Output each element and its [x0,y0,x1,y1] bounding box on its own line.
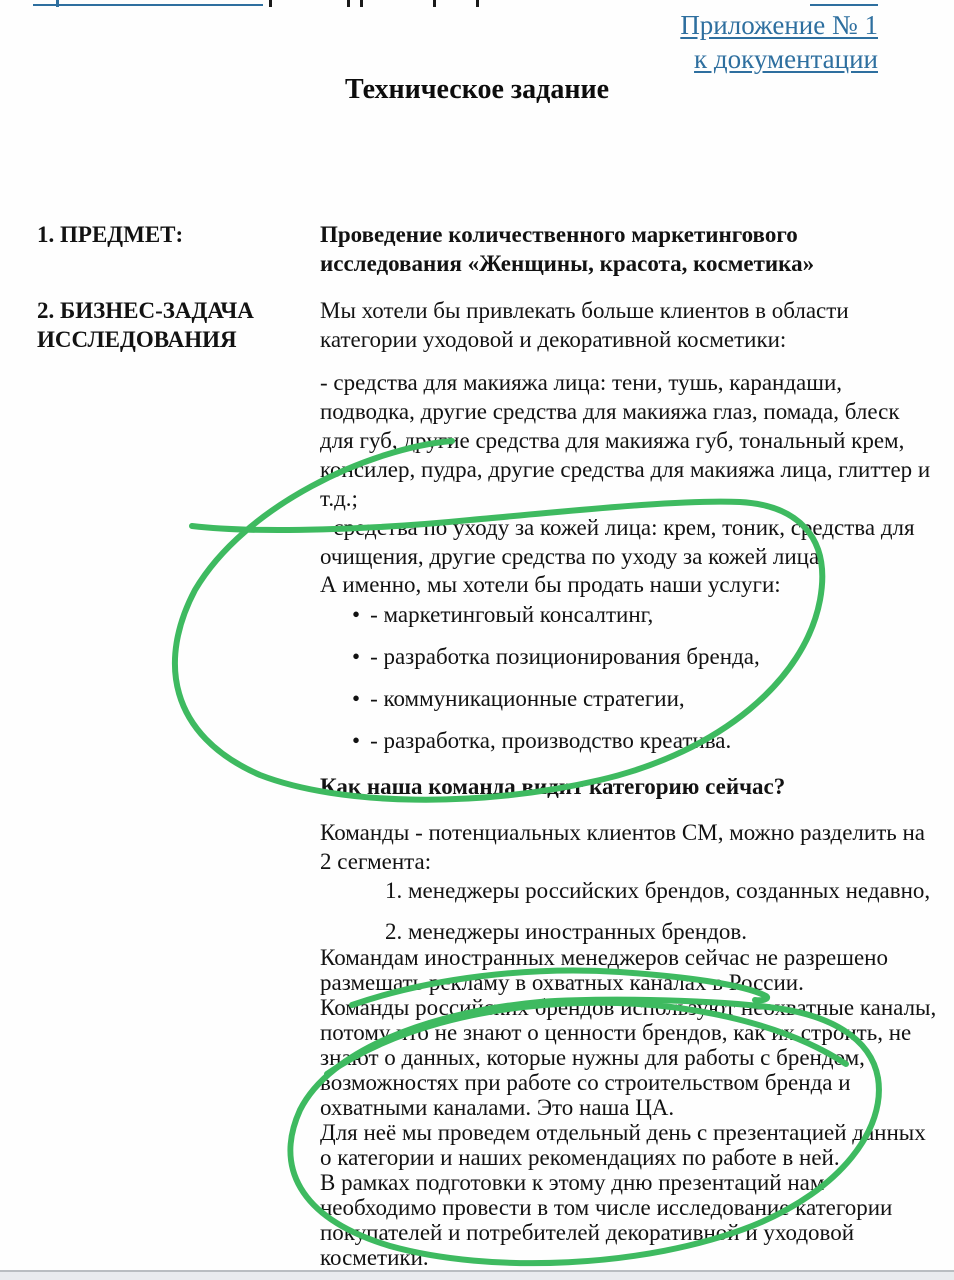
text-line: ИССЛЕДОВАНИЯ [37,325,307,354]
section1-body: Проведение количественного маркетинговог… [320,220,895,278]
list-item: 1. менеджеры российских брендов, созданн… [385,876,905,905]
text-line: для губ, другие средства для макияжа губ… [320,426,895,455]
text-line: подводка, другие средства для макияжа гл… [320,397,895,426]
text-line: Команды российских брендов используют не… [320,995,895,1020]
bullet-icon: • [352,642,360,671]
vision-heading: Как наша команда видит категорию сейчас? [320,772,895,801]
cut-text-fragment [360,0,363,7]
text-line: А именно, мы хотели бы продать наши услу… [320,570,895,599]
text-line: - средства для макияжа лица: тени, тушь,… [320,368,895,397]
cut-text-fragment [476,0,479,7]
text-line: категории уходовой и декоративной космет… [320,325,895,354]
list-item-text: - маркетинговый консалтинг, [370,600,653,629]
text-line: Команды - потенциальных клиентов СМ, мож… [320,818,895,847]
list-item-text: - разработка позиционирования бренда, [370,642,760,671]
list-item: • - разработка, производство креатива. [352,726,892,755]
page-divider-gap [0,1272,954,1280]
appendix-link-line2[interactable]: к документации [680,42,878,76]
text-line: консилер, пудра, другие средства для мак… [320,455,895,484]
segments-intro: Команды - потенциальных клиентов СМ, мож… [320,818,895,876]
text-line: 2 сегмента: [320,847,895,876]
appendix-block: Приложение № 1 к документации [680,8,878,76]
cut-text-fragment [347,0,350,7]
appendix-link-line1[interactable]: Приложение № 1 [680,8,878,42]
list-item: • - маркетинговый консалтинг, [352,600,892,629]
text-line: покупателей и потребителей декоративной … [320,1220,895,1245]
text-line: охватными каналами. Это наша ЦА. [320,1095,895,1120]
bullet-icon: • [352,600,360,629]
page-title: Техническое задание [0,74,954,106]
text-line: 2. БИЗНЕС-ЗАДАЧА [37,296,307,325]
bullet-icon: • [352,684,360,713]
text-line: Проведение количественного маркетинговог… [320,220,895,249]
cut-text-fragment [433,0,436,7]
services-intro: А именно, мы хотели бы продать наши услу… [320,570,895,599]
text-line: возможностях при работе со строительство… [320,1070,895,1095]
list-item: 2. менеджеры иностранных брендов. [385,917,905,946]
text-line: Командам иностранных менеджеров сейчас н… [320,945,895,970]
section2-intro: Мы хотели бы привлекать больше клиентов … [320,296,895,354]
cut-link-underline-right[interactable] [810,4,878,6]
text-line: Мы хотели бы привлекать больше клиентов … [320,296,895,325]
list-item: • - коммуникационные стратегии, [352,684,892,713]
text-line: знают о данных, которые нужны для работы… [320,1045,895,1070]
text-line: необходимо провести в том числе исследов… [320,1195,895,1220]
list-item-text: - коммуникационные стратегии, [370,684,685,713]
text-line: косметики. [320,1245,895,1270]
services-list: • - маркетинговый консалтинг, • - разраб… [352,600,892,768]
text-line: В рамках подготовки к этому дню презента… [320,1170,895,1195]
heading-text: Как наша команда видит категорию сейчас? [320,772,895,801]
section2-products: - средства для макияжа лица: тени, тушь,… [320,368,895,571]
list-item: • - разработка позиционирования бренда, [352,642,892,671]
analysis-paragraph: Командам иностранных менеджеров сейчас н… [320,945,895,1270]
section2-label: 2. БИЗНЕС-ЗАДАЧА ИССЛЕДОВАНИЯ [37,296,307,354]
text-line: Для неё мы проведем отдельный день с пре… [320,1120,895,1145]
list-item-text: - разработка, производство креатива. [370,726,731,755]
text-line: очищения, другие средства по уходу за ко… [320,542,895,571]
text-line: размещать рекламу в охватных каналах в Р… [320,970,895,995]
text-line: т.д.; [320,484,895,513]
cut-text-fragment [269,0,272,7]
text-line: потому что не знают о ценности брендов, … [320,1020,895,1045]
cut-link-descender [56,0,59,7]
text-line: - средства по уходу за кожей лица: крем,… [320,513,895,542]
text-line: исследования «Женщины, красота, косметик… [320,249,895,278]
cut-link-underline[interactable] [33,4,263,6]
text-line: о категории и наших рекомендациях по раб… [320,1145,895,1170]
bullet-icon: • [352,726,360,755]
section1-label: 1. ПРЕДМЕТ: [37,220,307,249]
document-page: Приложение № 1 к документации Техническо… [0,0,954,1280]
